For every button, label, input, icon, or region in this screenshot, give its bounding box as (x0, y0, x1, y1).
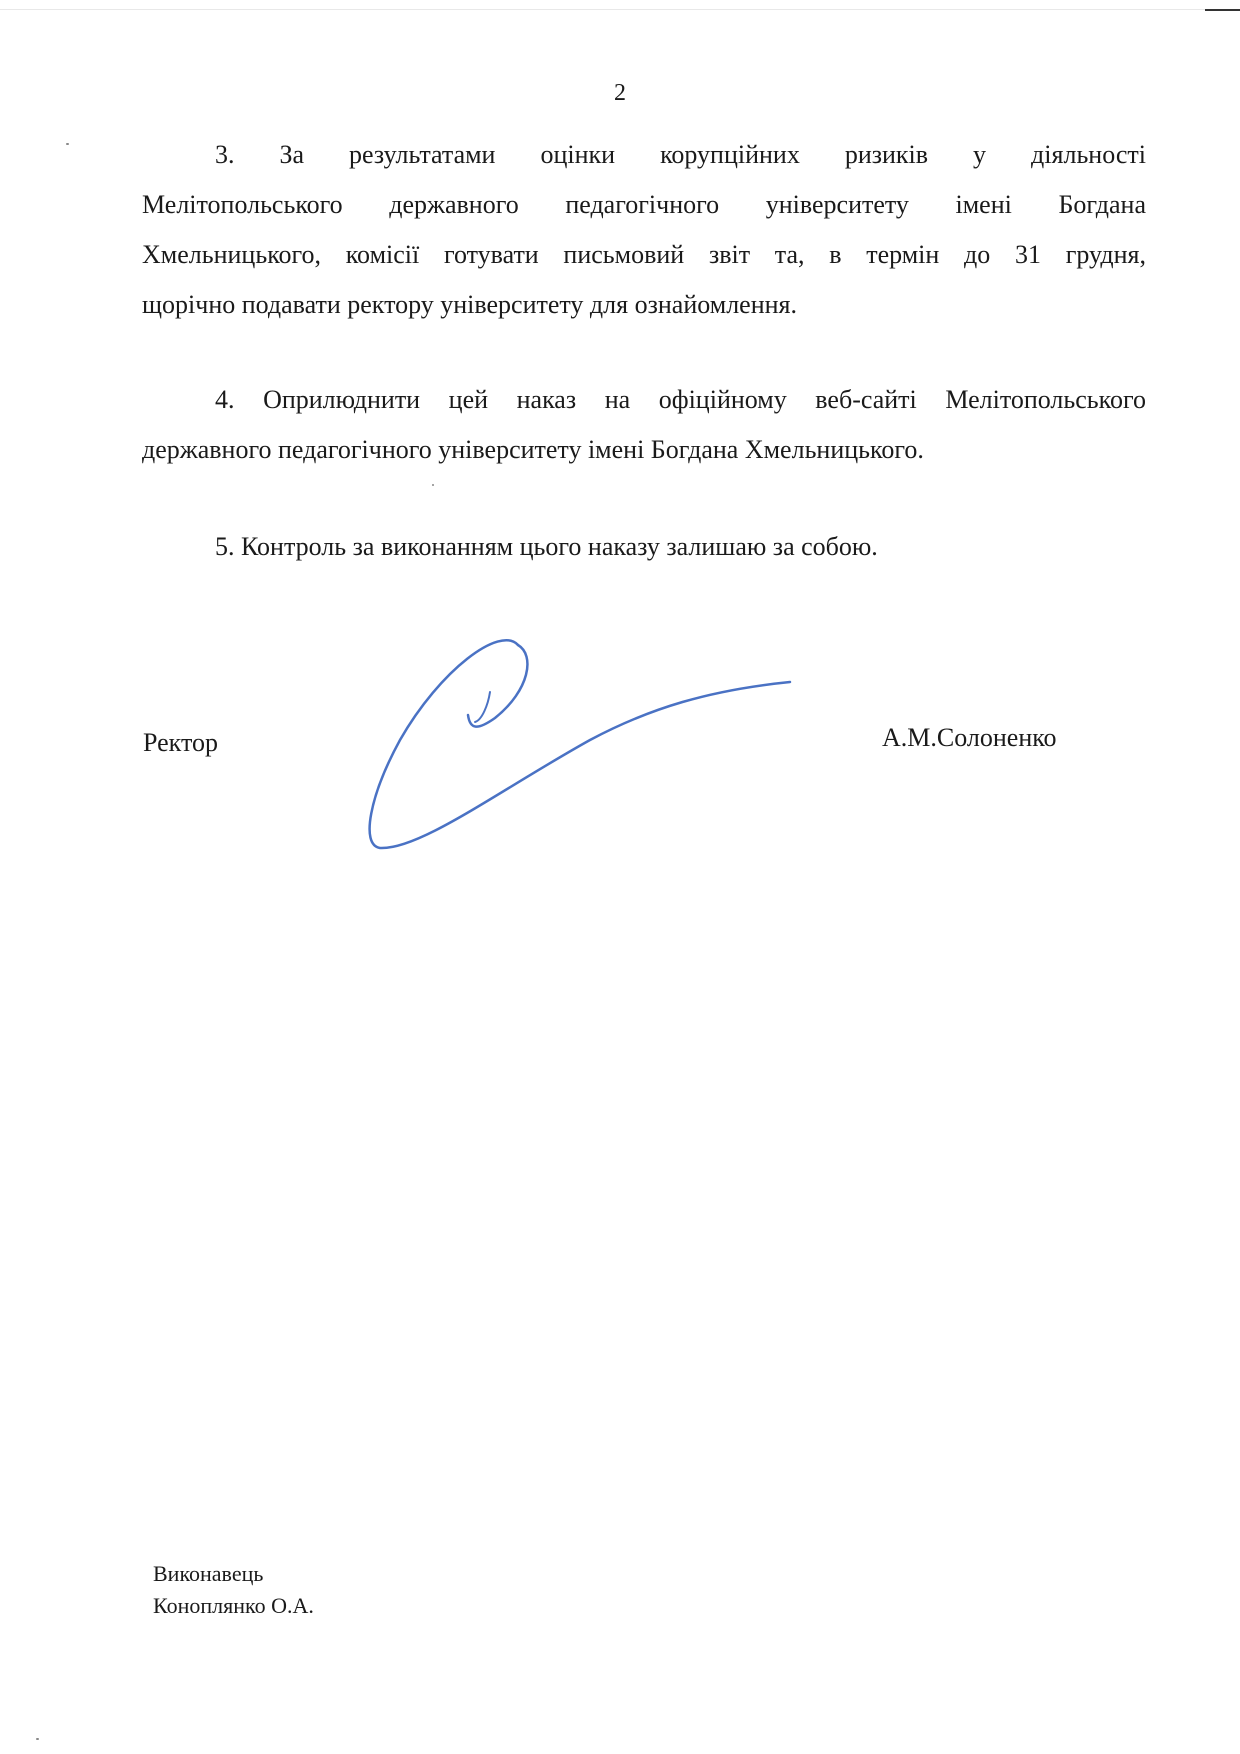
executor-name: Коноплянко О.А. (153, 1590, 314, 1622)
executor-block: Виконавець Коноплянко О.А. (153, 1558, 314, 1622)
paragraph-line: щорічно подавати ректору університету дл… (142, 280, 1146, 330)
handwritten-signature (360, 630, 800, 860)
scan-corner-mark (1205, 9, 1240, 11)
paragraph-line: 4. Оприлюднити цей наказ на офіційному в… (142, 375, 1146, 425)
page-number: 2 (0, 80, 1240, 107)
paragraph-line: 3. За результатами оцінки корупційних ри… (142, 130, 1146, 180)
signatory-title: Ректор (143, 728, 218, 758)
signatory-name: А.М.Солоненко (882, 723, 1057, 753)
paragraph-line: 5. Контроль за виконанням цього наказу з… (215, 522, 1115, 572)
paragraph-line: Мелітопольського державного педагогічног… (142, 180, 1146, 230)
scan-speck (66, 143, 69, 145)
executor-label: Виконавець (153, 1558, 314, 1590)
paragraph-item-4: 4. Оприлюднити цей наказ на офіційному в… (142, 375, 1146, 475)
scan-speck (36, 1738, 39, 1740)
paragraph-item-3: 3. За результатами оцінки корупційних ри… (142, 130, 1146, 330)
paragraph-line: Хмельницького, комісії готувати письмови… (142, 230, 1146, 280)
scan-speck (432, 484, 434, 486)
scan-edge-line (0, 9, 1205, 10)
paragraph-line: державного педагогічного університету ім… (142, 425, 1146, 475)
paragraph-item-5: 5. Контроль за виконанням цього наказу з… (215, 522, 1115, 572)
